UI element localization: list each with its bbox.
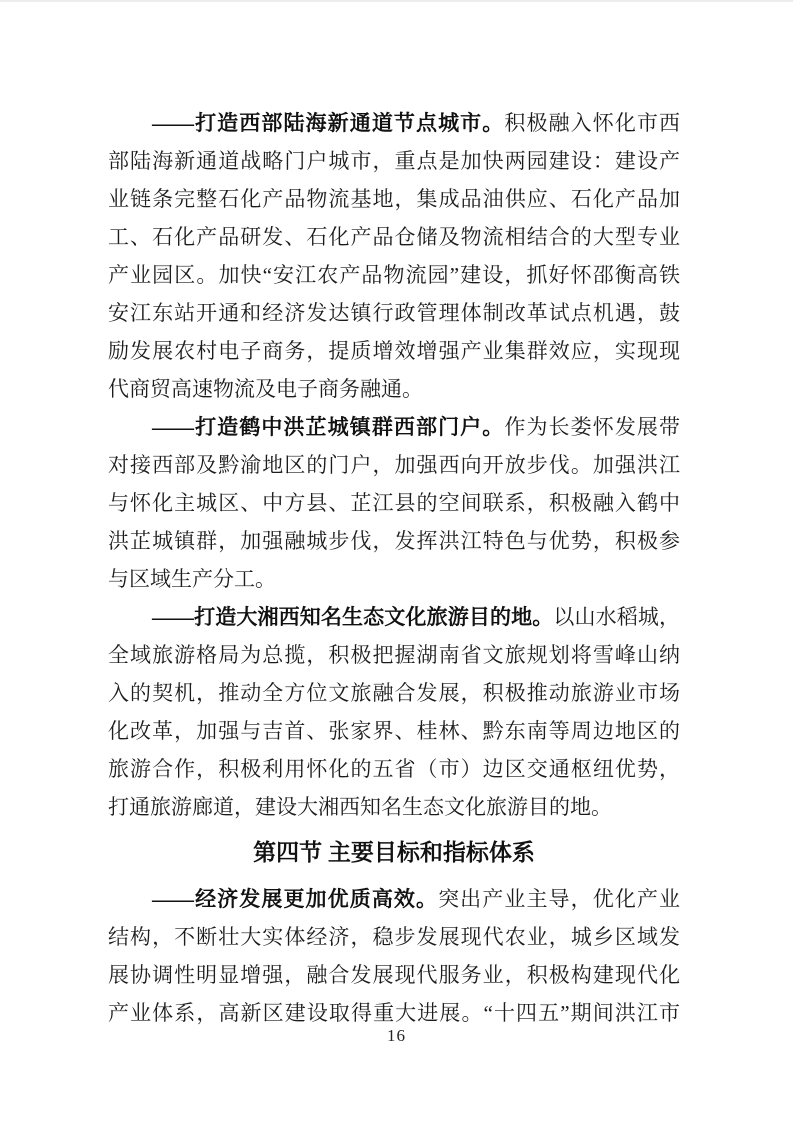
- line-text: 展协调性明显增强，融合发展现代服务业，积极构建现代化: [108, 963, 680, 987]
- line-text: 与怀化主城区、中方县、芷江县的空间联系，积极融入鹤中: [108, 491, 680, 515]
- line-text: 产业园区。加快“安江农产品物流园”建设，抓好怀邵衡高铁: [108, 263, 680, 287]
- paragraph-line: 全域旅游格局为总揽，积极把握湖南省文旅规划将雪峰山纳: [108, 636, 680, 674]
- paragraph-line: 对接西部及黔渝地区的门户，加强西向开放步伐。加强洪江: [108, 446, 680, 484]
- scan-top-edge: [0, 0, 793, 2]
- line-text: 洪芷城镇群，加强融城步伐，发挥洪江特色与优势，积极参: [108, 529, 680, 553]
- paragraph-line: ——打造鹤中洪芷城镇群西部门户。作为长娄怀发展带: [108, 408, 680, 446]
- line-text: 部陆海新通道战略门户城市，重点是加快两园建设：建设产: [108, 149, 680, 173]
- line-text: 全域旅游格局为总揽，积极把握湖南省文旅规划将雪峰山纳: [108, 643, 680, 667]
- document-page: ——打造西部陆海新通道节点城市。积极融入怀化市西部陆海新通道战略门户城市，重点是…: [0, 0, 793, 1122]
- paragraph: ——打造大湘西知名生态文化旅游目的地。以山水稻城，全域旅游格局为总揽，积极把握湖…: [108, 598, 680, 826]
- paragraph-lead-emphasis: ——打造西部陆海新通道节点城市。: [152, 111, 504, 135]
- paragraph-line: 安江东站开通和经济发达镇行政管理体制改革试点机遇，鼓: [108, 294, 680, 332]
- paragraph-line: 展协调性明显增强，融合发展现代服务业，积极构建现代化: [108, 956, 680, 994]
- line-text: 积极融入怀化市西: [504, 111, 680, 135]
- paragraph-line: ——打造大湘西知名生态文化旅游目的地。以山水稻城，: [108, 598, 680, 636]
- paragraph-line: ——打造西部陆海新通道节点城市。积极融入怀化市西: [108, 104, 680, 142]
- document-body: ——打造西部陆海新通道节点城市。积极融入怀化市西部陆海新通道战略门户城市，重点是…: [108, 104, 680, 1032]
- line-text: 化改革，加强与吉首、张家界、桂林、黔东南等周边地区的: [108, 719, 680, 743]
- page-footer: 16: [0, 1026, 793, 1046]
- line-text: 旅游合作，积极利用怀化的五省（市）边区交通枢纽优势，: [108, 757, 680, 781]
- line-text: 励发展农村电子商务，提质增效增强产业集群效应，实现现: [108, 339, 680, 363]
- line-text: 以山水稻城，: [553, 605, 680, 629]
- line-text: 作为长娄怀发展带: [504, 415, 680, 439]
- line-text: 结构，不断壮大实体经济，稳步发展现代农业，城乡区域发: [108, 925, 680, 949]
- line-text: 业链条完整石化产品物流基地，集成品油供应、石化产品加: [108, 187, 680, 211]
- paragraph-line: 代商贸高速物流及电子商务融通。: [108, 370, 680, 408]
- line-text: 与区域生产分工。: [108, 567, 276, 591]
- section-heading: 第四节 主要目标和指标体系: [108, 833, 680, 873]
- paragraph-line: 入的契机，推动全方位文旅融合发展，积极推动旅游业市场: [108, 674, 680, 712]
- line-text: 突出产业主导，优化产业: [438, 887, 680, 911]
- page-number: 16: [387, 1026, 406, 1045]
- paragraph-line: 与区域生产分工。: [108, 560, 680, 598]
- line-text: 产业体系，高新区建设取得重大进展。“十四五”期间洪江市: [108, 1001, 680, 1025]
- line-text: 代商贸高速物流及电子商务融通。: [108, 377, 423, 401]
- paragraph: ——打造鹤中洪芷城镇群西部门户。作为长娄怀发展带对接西部及黔渝地区的门户，加强西…: [108, 408, 680, 598]
- paragraph-lead-emphasis: ——打造鹤中洪芷城镇群西部门户。: [152, 415, 504, 439]
- line-text: 对接西部及黔渝地区的门户，加强西向开放步伐。加强洪江: [108, 453, 680, 477]
- paragraph-line: 旅游合作，积极利用怀化的五省（市）边区交通枢纽优势，: [108, 750, 680, 788]
- line-text: 工、石化产品研发、石化产品仓储及物流相结合的大型专业: [108, 225, 680, 249]
- paragraph-line: ——经济发展更加优质高效。突出产业主导，优化产业: [108, 880, 680, 918]
- paragraph-lead-emphasis: ——经济发展更加优质高效。: [152, 887, 438, 911]
- paragraph-lead-emphasis: ——打造大湘西知名生态文化旅游目的地。: [152, 605, 553, 629]
- paragraph-line: 部陆海新通道战略门户城市，重点是加快两园建设：建设产: [108, 142, 680, 180]
- line-text: 入的契机，推动全方位文旅融合发展，积极推动旅游业市场: [108, 681, 680, 705]
- paragraph-line: 结构，不断壮大实体经济，稳步发展现代农业，城乡区域发: [108, 918, 680, 956]
- paragraph-line: 打通旅游廊道，建设大湘西知名生态文化旅游目的地。: [108, 788, 680, 826]
- paragraph-line: 业链条完整石化产品物流基地，集成品油供应、石化产品加: [108, 180, 680, 218]
- paragraph-line: 励发展农村电子商务，提质增效增强产业集群效应，实现现: [108, 332, 680, 370]
- paragraph-line: 工、石化产品研发、石化产品仓储及物流相结合的大型专业: [108, 218, 680, 256]
- paragraph-line: 与怀化主城区、中方县、芷江县的空间联系，积极融入鹤中: [108, 484, 680, 522]
- line-text: 安江东站开通和经济发达镇行政管理体制改革试点机遇，鼓: [108, 301, 680, 325]
- line-text: 打通旅游廊道，建设大湘西知名生态文化旅游目的地。: [108, 795, 612, 819]
- paragraph-line: 产业园区。加快“安江农产品物流园”建设，抓好怀邵衡高铁: [108, 256, 680, 294]
- paragraph-line: 化改革，加强与吉首、张家界、桂林、黔东南等周边地区的: [108, 712, 680, 750]
- paragraph-line: 洪芷城镇群，加强融城步伐，发挥洪江特色与优势，积极参: [108, 522, 680, 560]
- paragraph: ——打造西部陆海新通道节点城市。积极融入怀化市西部陆海新通道战略门户城市，重点是…: [108, 104, 680, 408]
- paragraph: ——经济发展更加优质高效。突出产业主导，优化产业结构，不断壮大实体经济，稳步发展…: [108, 880, 680, 1032]
